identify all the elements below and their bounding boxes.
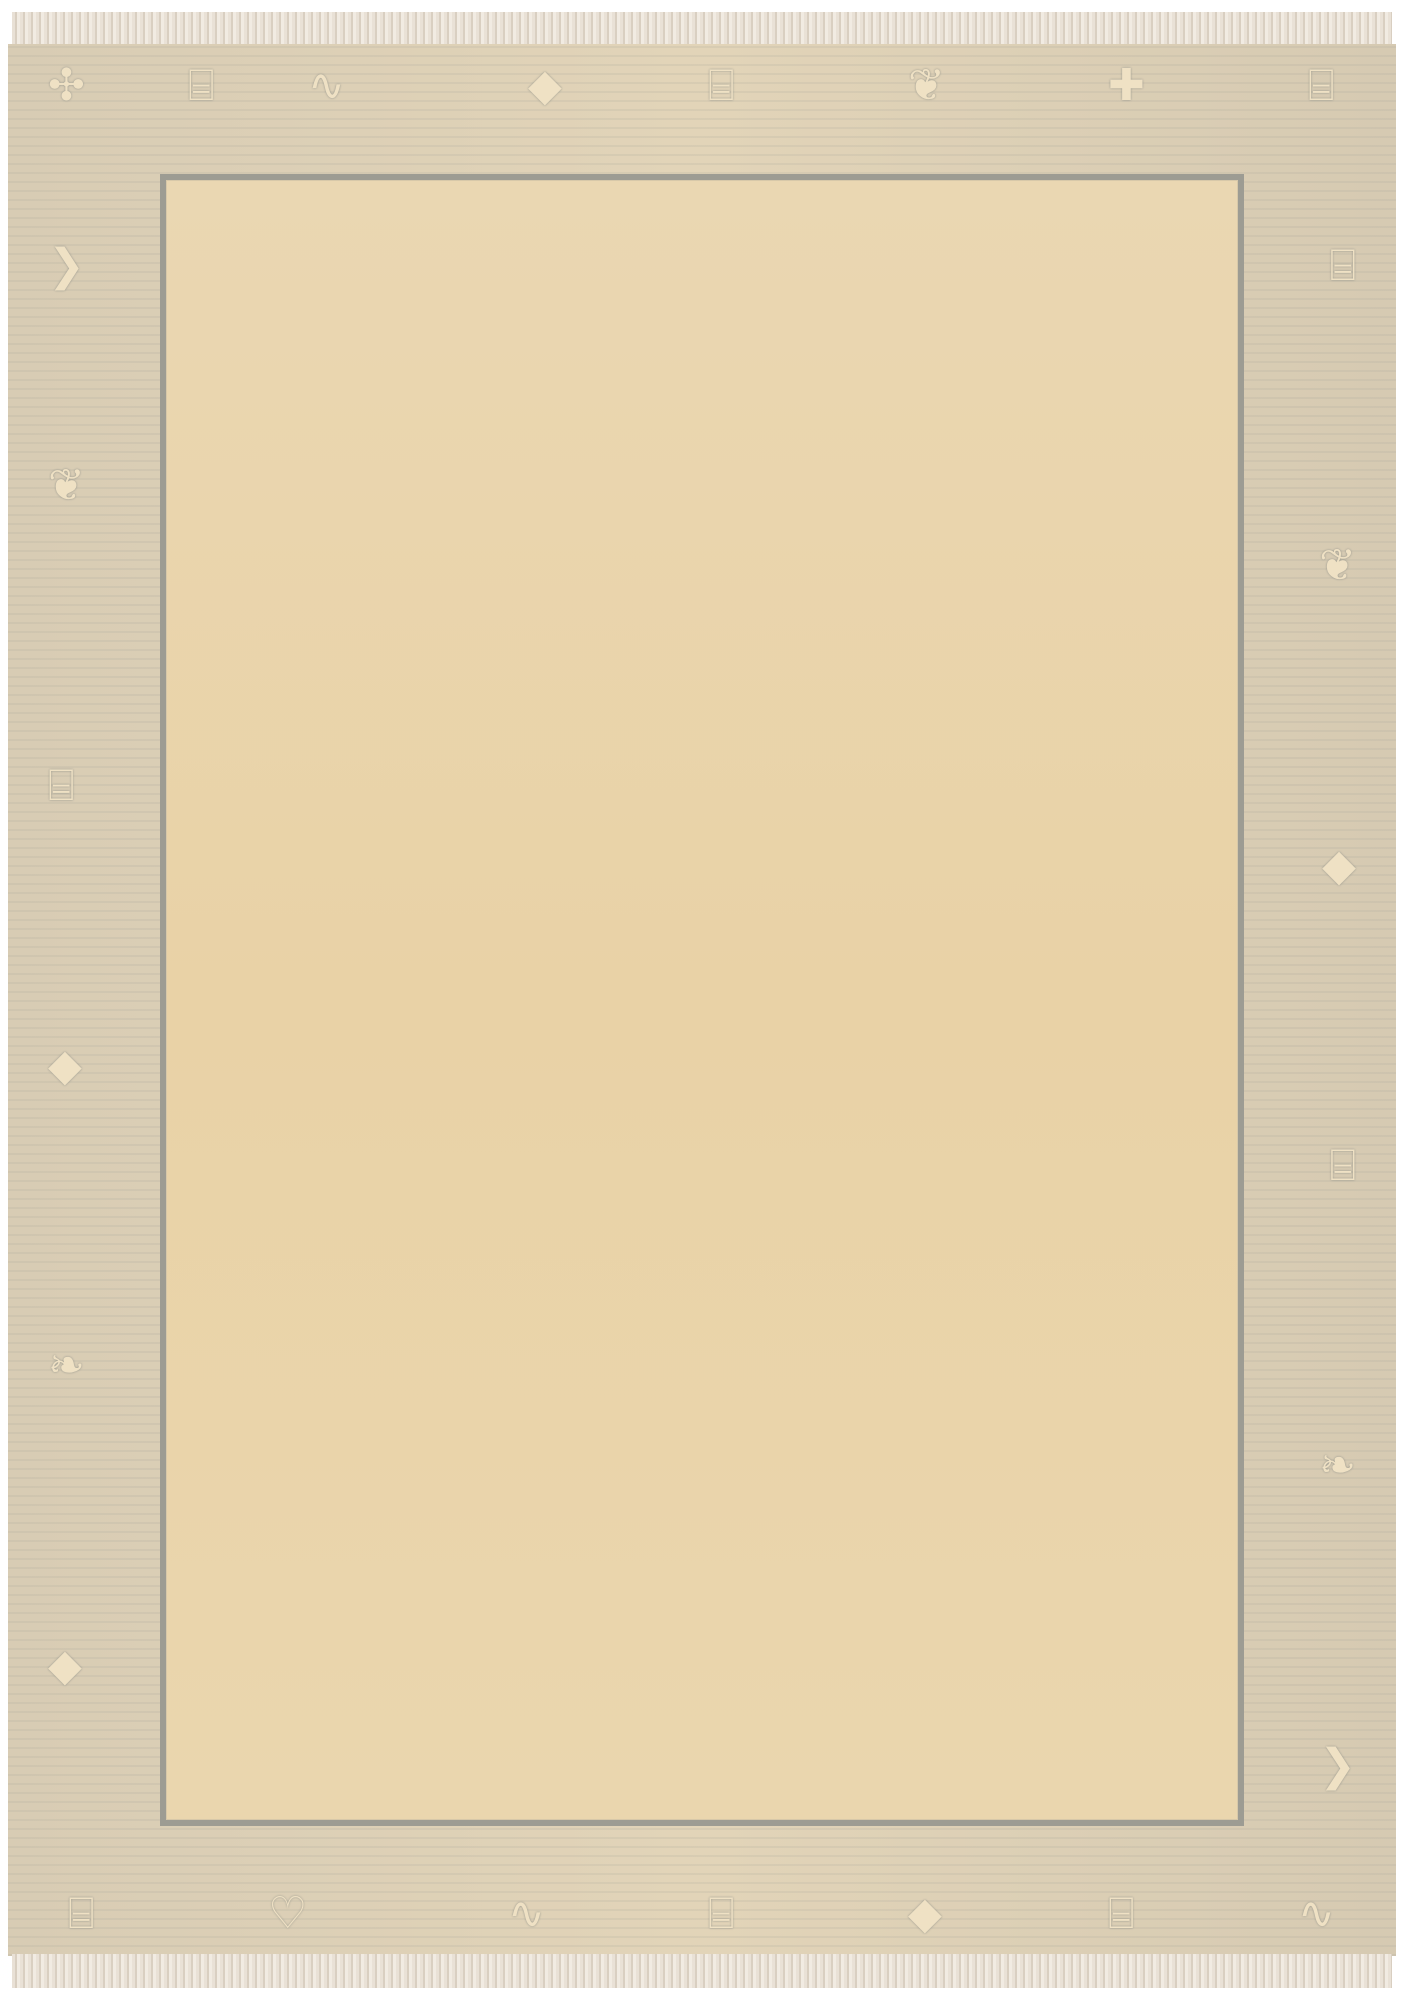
key-motif-icon: ⌸ bbox=[708, 64, 734, 108]
heart-motif-icon: ♡ bbox=[268, 1892, 307, 1936]
diamond-motif-icon: ◆ bbox=[1322, 844, 1356, 888]
diamond-motif-icon: ◆ bbox=[908, 1892, 942, 1936]
chevron-motif-icon: ❯ bbox=[48, 244, 85, 288]
key-motif-icon: ⌸ bbox=[1330, 1144, 1356, 1188]
key-motif-icon: ⌸ bbox=[48, 764, 74, 808]
corner-motif-icon: ✣ bbox=[48, 64, 85, 108]
bottom-fringe bbox=[12, 1954, 1392, 1988]
key-motif-icon: ⌸ bbox=[188, 64, 214, 108]
rug-field bbox=[160, 174, 1244, 1826]
floral-motif-icon: ❦ bbox=[48, 464, 85, 508]
floral-motif-icon: ❦ bbox=[1319, 544, 1356, 588]
key-motif-icon: ⌸ bbox=[68, 1892, 94, 1936]
rug-image: ✣ ⌸ ∿ ◆ ⌸ ❦ ✚ ⌸ ❯ ❦ ⌸ ◆ ❧ ◆ ⌸ ❦ ◆ ⌸ ❧ ❯ … bbox=[0, 0, 1404, 2000]
top-fringe bbox=[12, 12, 1392, 46]
key-motif-icon: ⌸ bbox=[708, 1892, 734, 1936]
leaf-motif-icon: ❧ bbox=[48, 1344, 85, 1388]
diamond-motif-icon: ◆ bbox=[48, 1044, 82, 1088]
diamond-motif-icon: ◆ bbox=[528, 64, 562, 108]
key-motif-icon: ⌸ bbox=[1308, 64, 1334, 108]
key-motif-icon: ⌸ bbox=[1108, 1892, 1134, 1936]
cross-motif-icon: ✚ bbox=[1108, 64, 1145, 108]
scroll-motif-icon: ∿ bbox=[1298, 1892, 1335, 1936]
rug-border: ✣ ⌸ ∿ ◆ ⌸ ❦ ✚ ⌸ ❯ ❦ ⌸ ◆ ❧ ◆ ⌸ ❦ ◆ ⌸ ❧ ❯ … bbox=[8, 44, 1396, 1956]
scroll-motif-icon: ∿ bbox=[508, 1892, 545, 1936]
leaf-motif-icon: ❧ bbox=[1319, 1444, 1356, 1488]
scroll-motif-icon: ∿ bbox=[308, 64, 345, 108]
chevron-motif-icon: ❯ bbox=[1319, 1744, 1356, 1788]
key-motif-icon: ⌸ bbox=[1330, 244, 1356, 288]
floral-motif-icon: ❦ bbox=[908, 64, 945, 108]
diamond-motif-icon: ◆ bbox=[48, 1644, 82, 1688]
